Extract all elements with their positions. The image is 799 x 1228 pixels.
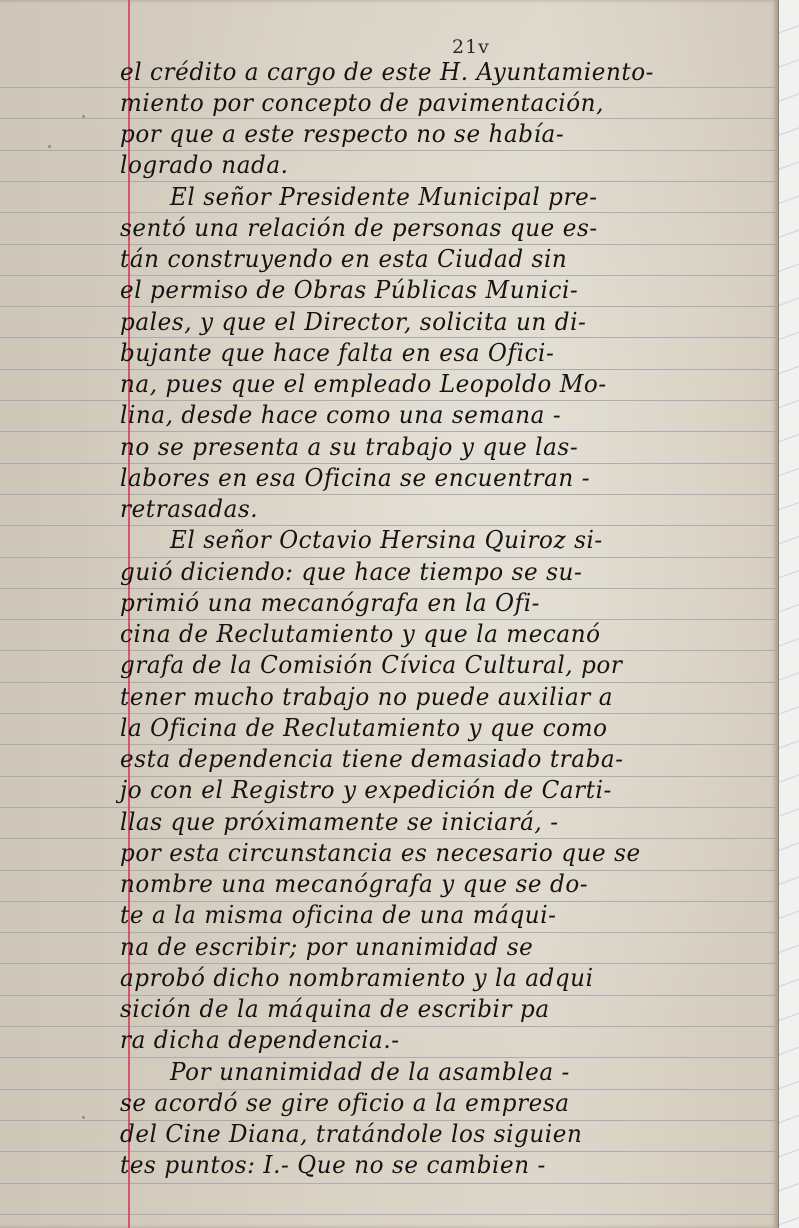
text-line: guió diciendo: que hace tiempo se su- (120, 558, 744, 586)
text-line: esta dependencia tiene demasiado traba- (120, 745, 744, 773)
text-line: la Oficina de Reclutamiento y que como (120, 714, 744, 742)
paper-speck (82, 1116, 85, 1119)
text-line: sición de la máquina de escribir pa (120, 995, 744, 1023)
text-line: no se presenta a su trabajo y que las- (120, 433, 744, 461)
text-line: El señor Octavio Hersina Quiroz si- (170, 526, 794, 554)
text-line: El señor Presidente Municipal pre- (170, 183, 794, 211)
text-line: bujante que hace falta en esa Ofici- (120, 339, 744, 367)
text-line: grafa de la Comisión Cívica Cultural, po… (120, 651, 744, 679)
text-line: ra dicha dependencia.- (120, 1026, 744, 1054)
text-line: llas que próximamente se iniciará, - (120, 808, 744, 836)
text-line: aprobó dicho nombramiento y la adqui (120, 964, 744, 992)
handwritten-text: el crédito a cargo de este H. Ayuntamien… (0, 0, 778, 1228)
text-line: el crédito a cargo de este H. Ayuntamien… (120, 58, 744, 86)
text-line: tener mucho trabajo no puede auxiliar a (120, 683, 744, 711)
text-line: del Cine Diana, tratándole los siguien (120, 1120, 744, 1148)
text-line: se acordó se gire oficio a la empresa (120, 1089, 744, 1117)
text-line: na de escribir; por unanimidad se (120, 933, 744, 961)
text-line: nombre una mecanógrafa y que se do- (120, 870, 744, 898)
text-line: labores en esa Oficina se encuentran - (120, 464, 744, 492)
text-line: retrasadas. (120, 495, 744, 523)
text-line: miento por concepto de pavimentación, (120, 89, 744, 117)
paper-speck (82, 115, 85, 118)
text-line: cina de Reclutamiento y que la mecanó (120, 620, 744, 648)
text-line: tán construyendo en esta Ciudad sin (120, 245, 744, 273)
text-line: el permiso de Obras Públicas Munici- (120, 276, 744, 304)
text-line: sentó una relación de personas que es- (120, 214, 744, 242)
text-line: pales, y que el Director, solicita un di… (120, 308, 744, 336)
text-line: na, pues que el empleado Leopoldo Mo- (120, 370, 744, 398)
ledger-page: 21v el crédito a cargo de este H. Ayunta… (0, 0, 778, 1228)
text-line: logrado nada. (120, 151, 744, 179)
text-line: por que a este respecto no se había- (120, 120, 744, 148)
document-photo: 21v el crédito a cargo de este H. Ayunta… (0, 0, 799, 1228)
text-line: jo con el Registro y expedición de Carti… (120, 776, 744, 804)
text-line: Por unanimidad de la asamblea - (170, 1058, 794, 1086)
paper-speck (48, 145, 51, 148)
text-line: lina, desde hace como una semana - (120, 401, 744, 429)
text-line: por esta circunstancia es necesario que … (120, 839, 744, 867)
text-line: tes puntos: I.- Que no se cambien - (120, 1151, 744, 1179)
text-line: primió una mecanógrafa en la Ofi- (120, 589, 744, 617)
text-line: te a la misma oficina de una máqui- (120, 901, 744, 929)
